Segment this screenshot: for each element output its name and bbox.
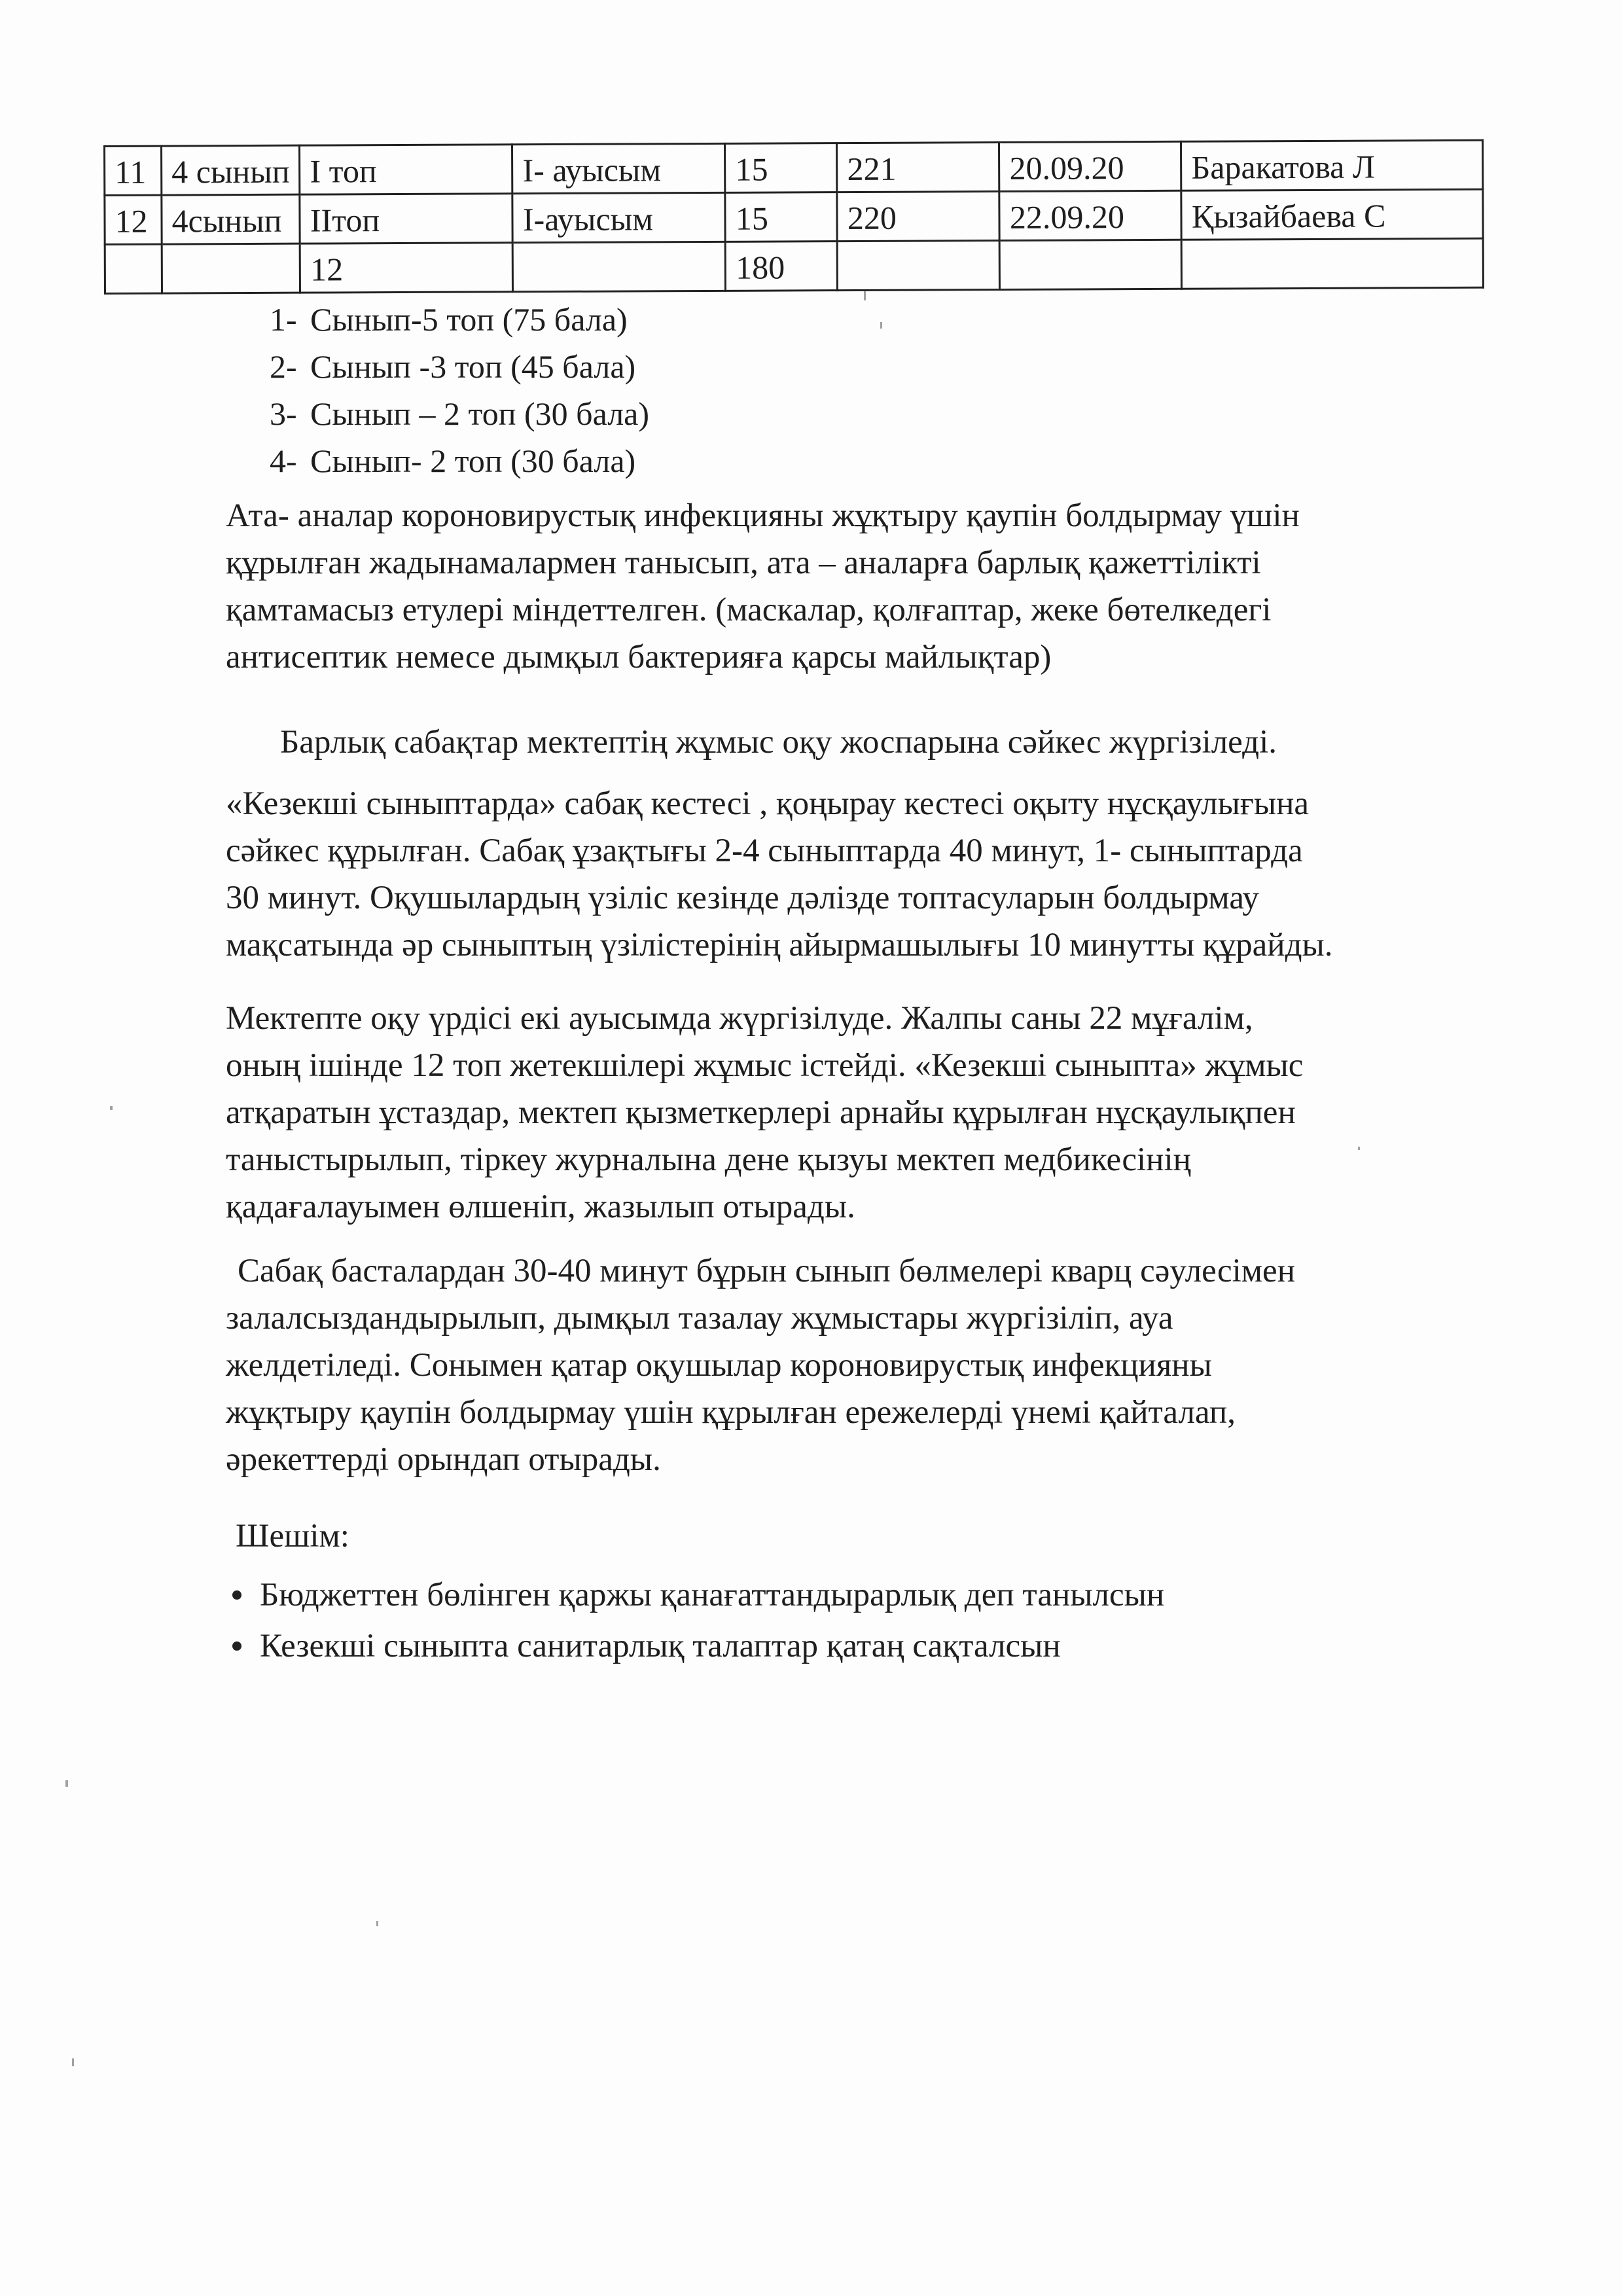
class-summary-list: 1-Сынып-5 топ (75 бала) 2-Сынып -3 топ (… xyxy=(270,296,649,484)
table-cell-group: I топ xyxy=(300,145,512,194)
scan-speck xyxy=(110,1106,113,1110)
table-cell-teacher xyxy=(1182,238,1484,289)
table-row: 11 4 сынып I топ I- ауысым 15 221 20.09.… xyxy=(105,140,1484,195)
table-cell-students: 15 xyxy=(725,192,837,242)
list-item: Бюджеттен бөлінген қаржы қанағаттандырар… xyxy=(232,1570,1164,1621)
table-cell-class: 4 сынып xyxy=(162,145,300,195)
table-cell-room xyxy=(838,241,1000,291)
bullet-icon xyxy=(232,1641,241,1651)
paragraph-disinfection: Сабақ басталардан 30-40 минут бұрын сыны… xyxy=(226,1247,1508,1483)
table-cell-shift xyxy=(513,242,726,291)
bullet-icon xyxy=(232,1590,241,1600)
table-cell-teacher: Қызайбаева С xyxy=(1181,189,1483,240)
table-row: 12 4сынып IIтоп I-ауысым 15 220 22.09.20… xyxy=(105,189,1484,244)
list-item: 2-Сынып -3 топ (45 бала) xyxy=(270,343,649,390)
table-cell-number xyxy=(105,244,162,293)
table-cell-class: 4сынып xyxy=(162,194,300,244)
scan-speck xyxy=(72,2058,74,2066)
table-cell-students: 15 xyxy=(725,143,837,193)
table-cell-total-students: 180 xyxy=(726,242,838,291)
list-item: 4-Сынып- 2 топ (30 бала) xyxy=(270,437,649,484)
paragraph-parents: Ата- аналар короновирустық инфекцияны жұ… xyxy=(226,492,1508,681)
table-cell-date: 22.09.20 xyxy=(999,190,1181,240)
table-cell-room: 220 xyxy=(837,192,999,242)
paragraph-schedule: «Кезекші сыныптарда» сабақ кестесі , қоң… xyxy=(226,780,1508,969)
scan-speck xyxy=(1358,1147,1360,1150)
paragraph-teachers: Мектепте оқу үрдісі екі ауысымда жүргізі… xyxy=(226,995,1508,1230)
decision-list: Бюджеттен бөлінген қаржы қанағаттандырар… xyxy=(232,1570,1164,1672)
table-cell-shift: I-ауысым xyxy=(512,192,725,242)
table-cell-room: 221 xyxy=(837,143,999,192)
list-item: Кезекші сыныпта санитарлық талаптар қата… xyxy=(232,1621,1164,1672)
scan-speck xyxy=(880,322,882,329)
list-item: 3-Сынып – 2 топ (30 бала) xyxy=(270,390,649,437)
table-cell-total-groups: 12 xyxy=(300,243,513,293)
document-page: 11 4 сынып I топ I- ауысым 15 221 20.09.… xyxy=(0,0,1623,2296)
table-cell-number: 11 xyxy=(105,146,162,195)
table-cell-teacher: Баракатова Л xyxy=(1181,140,1483,190)
table-cell-date xyxy=(1000,240,1182,289)
scan-speck xyxy=(864,291,866,300)
table-cell-shift: I- ауысым xyxy=(512,143,725,193)
scan-speck xyxy=(65,1780,68,1787)
decision-heading: Шешім: xyxy=(236,1517,349,1555)
table-cell-date: 20.09.20 xyxy=(999,141,1181,191)
paragraph-lessons: Барлық сабақтар мектептің жұмыс оқу жосп… xyxy=(280,719,1563,766)
list-item: 1-Сынып-5 топ (75 бала) xyxy=(270,296,649,343)
table-cell-class xyxy=(162,243,300,293)
table-cell-group: IIтоп xyxy=(300,194,512,243)
table-cell-number: 12 xyxy=(105,195,162,244)
duty-class-table: 11 4 сынып I топ I- ауысым 15 221 20.09.… xyxy=(103,139,1484,295)
scan-speck xyxy=(376,1921,378,1926)
table-total-row: 12 180 xyxy=(105,238,1484,293)
